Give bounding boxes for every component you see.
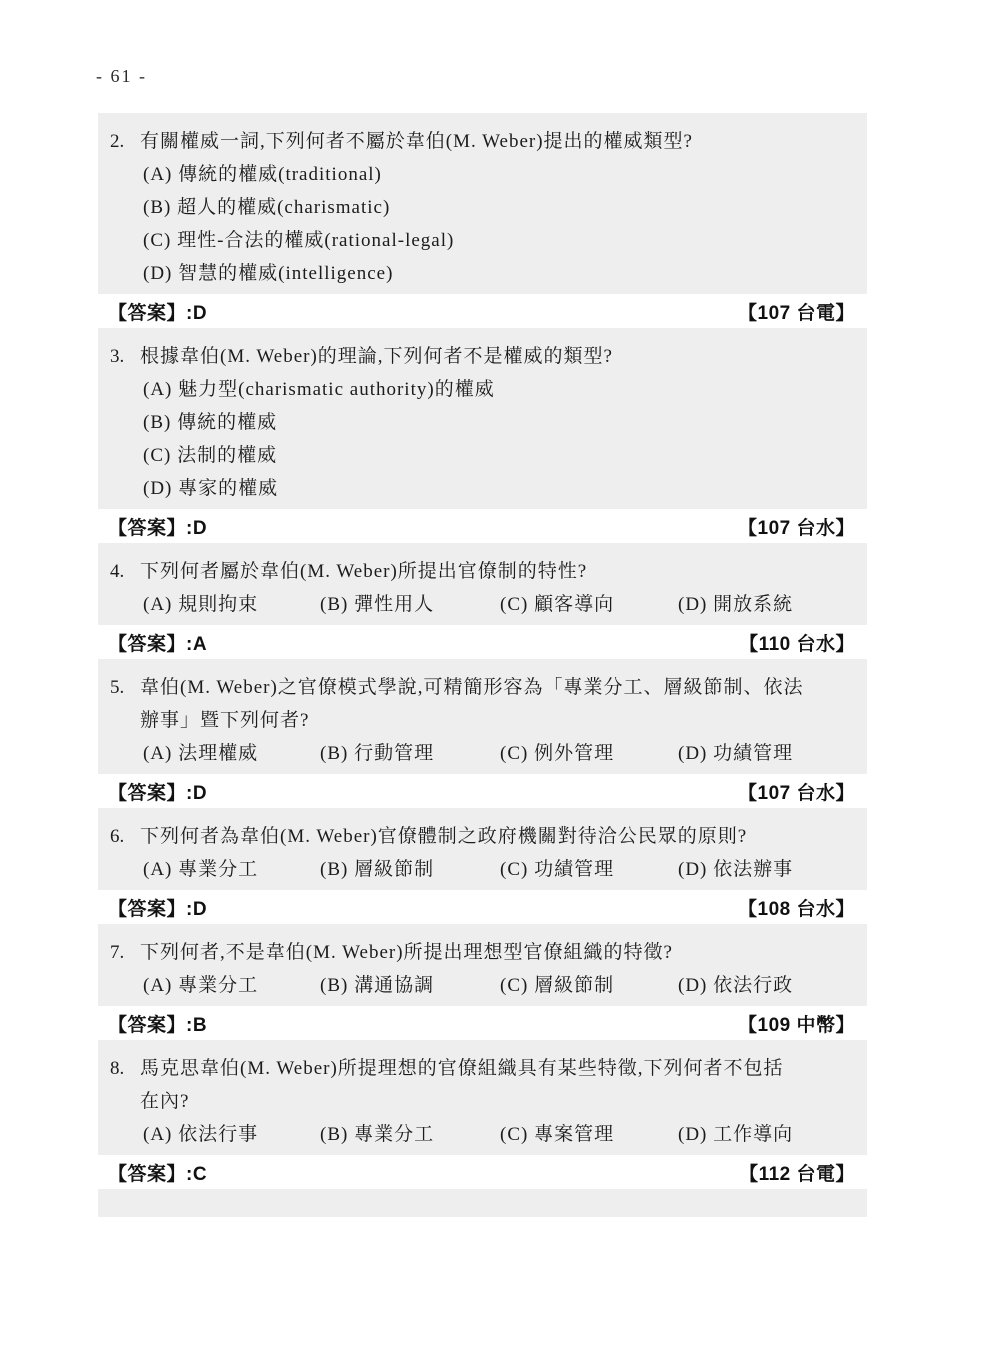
question-6: 6. 下列何者為韋伯(M. Weber)官僚體制之政府機關對待洽公民眾的原則? … bbox=[98, 820, 867, 886]
question-3-option-d: (D) 專家的權威 bbox=[140, 472, 857, 505]
question-4-option-a: (A) 規則拘束 bbox=[143, 588, 320, 621]
question-3-option-a: (A) 魅力型(charismatic authority)的權威 bbox=[140, 373, 857, 406]
question-7-number: 7. bbox=[110, 936, 140, 1002]
question-8-option-b: (B) 專業分工 bbox=[320, 1118, 500, 1151]
question-7-text: 下列何者,不是韋伯(M. Weber)所提出理想型官僚組織的特徵? bbox=[140, 936, 857, 969]
document-page: { "page": { "number_label": "- 61 -" }, … bbox=[0, 0, 1000, 1353]
answer-5-source: 【107 台水】 bbox=[738, 778, 855, 805]
question-3-number: 3. bbox=[110, 340, 140, 505]
question-5-option-b: (B) 行動管理 bbox=[320, 737, 500, 770]
answer-3-text: 【答案】:D bbox=[108, 513, 207, 540]
answer-row-7: 【答案】:B 【109 中幣】 bbox=[98, 1006, 867, 1040]
question-6-option-c: (C) 功績管理 bbox=[500, 853, 678, 886]
answer-row-3: 【答案】:D 【107 台水】 bbox=[98, 509, 867, 543]
question-bank-box: 2. 有關權威一詞,下列何者不屬於韋伯(M. Weber)提出的權威類型? (A… bbox=[98, 113, 867, 1217]
question-6-option-d: (D) 依法辦事 bbox=[678, 853, 857, 886]
answer-4-text: 【答案】:A bbox=[108, 629, 207, 656]
answer-8-text: 【答案】:C bbox=[108, 1159, 207, 1186]
question-3-text: 根據韋伯(M. Weber)的理論,下列何者不是權威的類型? bbox=[140, 340, 857, 373]
question-6-text: 下列何者為韋伯(M. Weber)官僚體制之政府機關對待洽公民眾的原則? bbox=[140, 820, 857, 853]
answer-5-text: 【答案】:D bbox=[108, 778, 207, 805]
question-6-option-a: (A) 專業分工 bbox=[143, 853, 320, 886]
question-5-option-a: (A) 法理權威 bbox=[143, 737, 320, 770]
question-8-option-a: (A) 依法行事 bbox=[143, 1118, 320, 1151]
question-4-option-d: (D) 開放系統 bbox=[678, 588, 857, 621]
question-2-option-d: (D) 智慧的權威(intelligence) bbox=[140, 257, 857, 290]
question-4-option-b: (B) 彈性用人 bbox=[320, 588, 500, 621]
answer-row-8: 【答案】:C 【112 台電】 bbox=[98, 1155, 867, 1189]
question-5-option-c: (C) 例外管理 bbox=[500, 737, 678, 770]
question-2: 2. 有關權威一詞,下列何者不屬於韋伯(M. Weber)提出的權威類型? (A… bbox=[98, 125, 867, 290]
answer-4-source: 【110 台水】 bbox=[739, 629, 855, 656]
question-6-number: 6. bbox=[110, 820, 140, 886]
answer-3-source: 【107 台水】 bbox=[738, 513, 855, 540]
answer-row-2: 【答案】:D 【107 台電】 bbox=[98, 294, 867, 328]
question-8-option-c: (C) 專案管理 bbox=[500, 1118, 678, 1151]
question-7-option-a: (A) 專業分工 bbox=[143, 969, 320, 1002]
question-4-number: 4. bbox=[110, 555, 140, 621]
question-6-option-b: (B) 層級節制 bbox=[320, 853, 500, 886]
answer-row-6: 【答案】:D 【108 台水】 bbox=[98, 890, 867, 924]
question-5-text-line-1: 韋伯(M. Weber)之官僚模式學說,可精簡形容為「專業分工、層級節制、依法 bbox=[140, 671, 857, 704]
question-7-option-c: (C) 層級節制 bbox=[500, 969, 678, 1002]
question-2-option-a: (A) 傳統的權威(traditional) bbox=[140, 158, 857, 191]
question-3-option-c: (C) 法制的權威 bbox=[140, 439, 857, 472]
answer-7-text: 【答案】:B bbox=[108, 1010, 207, 1037]
question-4-option-c: (C) 顧客導向 bbox=[500, 588, 678, 621]
answer-row-4: 【答案】:A 【110 台水】 bbox=[98, 625, 867, 659]
answer-2-source: 【107 台電】 bbox=[738, 298, 855, 325]
answer-7-source: 【109 中幣】 bbox=[738, 1010, 855, 1037]
question-7: 7. 下列何者,不是韋伯(M. Weber)所提出理想型官僚組織的特徵? (A)… bbox=[98, 936, 867, 1002]
answer-6-text: 【答案】:D bbox=[108, 894, 207, 921]
question-8-text-line-2: 在內? bbox=[140, 1085, 857, 1118]
question-8-number: 8. bbox=[110, 1052, 140, 1151]
question-8-text-line-1: 馬克思韋伯(M. Weber)所提理想的官僚組織具有某些特徵,下列何者不包括 bbox=[140, 1052, 857, 1085]
question-2-text: 有關權威一詞,下列何者不屬於韋伯(M. Weber)提出的權威類型? bbox=[140, 125, 857, 158]
question-5-text-line-2: 辦事」暨下列何者? bbox=[140, 704, 857, 737]
question-2-option-b: (B) 超人的權威(charismatic) bbox=[140, 191, 857, 224]
question-5: 5. 韋伯(M. Weber)之官僚模式學說,可精簡形容為「專業分工、層級節制、… bbox=[98, 671, 867, 770]
question-3: 3. 根據韋伯(M. Weber)的理論,下列何者不是權威的類型? (A) 魅力… bbox=[98, 340, 867, 505]
question-4: 4. 下列何者屬於韋伯(M. Weber)所提出官僚制的特性? (A) 規則拘束… bbox=[98, 555, 867, 621]
question-4-text: 下列何者屬於韋伯(M. Weber)所提出官僚制的特性? bbox=[140, 555, 857, 588]
answer-2-text: 【答案】:D bbox=[108, 298, 207, 325]
page-number: - 61 - bbox=[96, 66, 147, 87]
question-7-option-b: (B) 溝通協調 bbox=[320, 969, 500, 1002]
question-2-number: 2. bbox=[110, 125, 140, 290]
answer-8-source: 【112 台電】 bbox=[739, 1159, 855, 1186]
question-3-option-b: (B) 傳統的權威 bbox=[140, 406, 857, 439]
question-2-option-c: (C) 理性-合法的權威(rational-legal) bbox=[140, 224, 857, 257]
question-8-option-d: (D) 工作導向 bbox=[678, 1118, 857, 1151]
answer-6-source: 【108 台水】 bbox=[738, 894, 855, 921]
question-5-number: 5. bbox=[110, 671, 140, 770]
answer-row-5: 【答案】:D 【107 台水】 bbox=[98, 774, 867, 808]
question-5-option-d: (D) 功績管理 bbox=[678, 737, 857, 770]
question-7-option-d: (D) 依法行政 bbox=[678, 969, 857, 1002]
question-8: 8. 馬克思韋伯(M. Weber)所提理想的官僚組織具有某些特徵,下列何者不包… bbox=[98, 1052, 867, 1151]
